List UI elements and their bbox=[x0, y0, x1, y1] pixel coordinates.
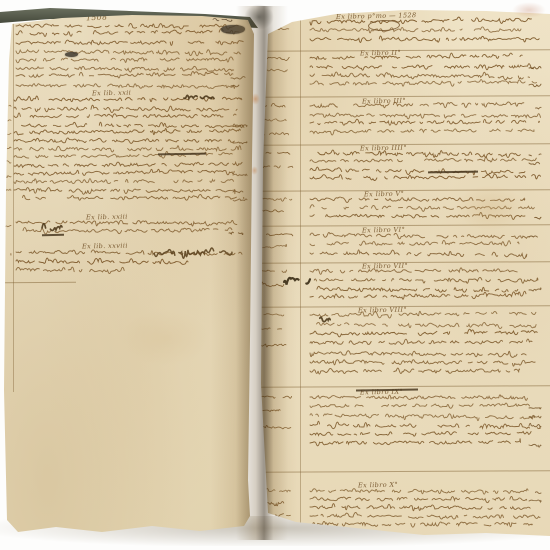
manuscript-photo: Ex lib. xxiiEx lib. xxiiiEx lib. xxviii … bbox=[0, 0, 550, 550]
bold-word bbox=[312, 312, 334, 326]
handwriting-line bbox=[310, 123, 534, 139]
handwriting-line bbox=[310, 246, 527, 262]
left-page: Ex lib. xxiiEx lib. xxiiiEx lib. xxviii … bbox=[2, 10, 256, 542]
handwriting-line bbox=[310, 169, 541, 185]
handwriting-line bbox=[310, 288, 535, 304]
handwriting-line bbox=[310, 32, 542, 46]
page-ref-scrawl bbox=[529, 78, 541, 92]
gutter-top-shadow bbox=[244, 4, 274, 30]
section-separator-rule bbox=[256, 470, 550, 473]
right-page-content: Ex libro p°mo — 1528Ex libro II°Ex libro… bbox=[256, 4, 550, 542]
handwriting-line bbox=[310, 364, 520, 379]
page-ref-scrawl bbox=[529, 438, 541, 452]
page-ref-scrawl bbox=[529, 211, 541, 225]
left-page-gutter-curl bbox=[2, 10, 256, 542]
margin-column-rule bbox=[300, 12, 301, 528]
section-separator-rule bbox=[256, 385, 550, 388]
page-ref-scrawl bbox=[529, 494, 541, 508]
page-ref-scrawl bbox=[529, 229, 541, 243]
page-ref-scrawl bbox=[529, 156, 541, 170]
handwriting-line bbox=[310, 75, 538, 91]
handwriting-line bbox=[310, 435, 520, 450]
handwriting-line bbox=[310, 209, 529, 223]
gutter-shadow bbox=[236, 6, 288, 540]
page-ref-scrawl bbox=[529, 61, 541, 75]
right-page: Ex libro p°mo — 1528Ex libro II°Ex libro… bbox=[256, 4, 550, 542]
